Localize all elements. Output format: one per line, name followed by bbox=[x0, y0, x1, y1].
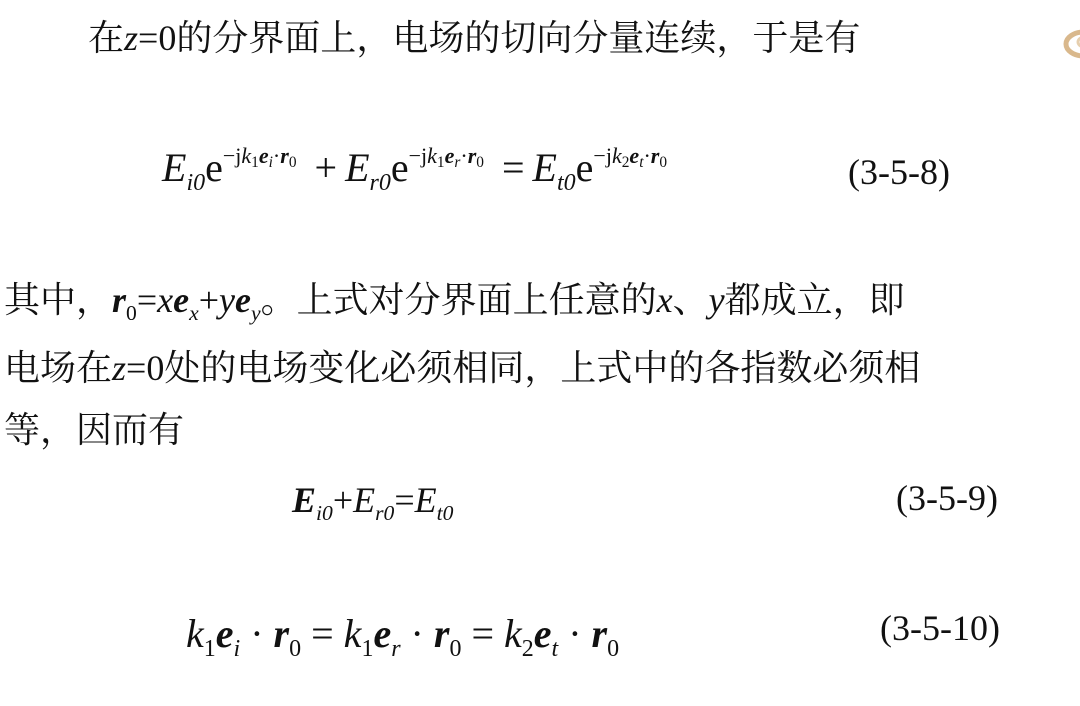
intro-text: 在z=0的分界面上，电场的切向分量连续，于是有 bbox=[88, 16, 860, 60]
paragraph-line-1: 其中，r0=xex+yey。上式对分界面上任意的x、y都成立，即 bbox=[4, 278, 905, 322]
eq1-sub-t0: t0 bbox=[557, 170, 576, 196]
eq1-exponent-3: −jk2et·r0 bbox=[593, 143, 667, 168]
eq1-exp-base-3: e bbox=[576, 145, 594, 190]
decorative-ornament-icon bbox=[1058, 0, 1080, 64]
intro-post: =0的分界面上，电场的切向分量连续，于是有 bbox=[138, 18, 860, 58]
equation-tag-3-5-10: (3-5-10) bbox=[880, 606, 1000, 650]
equation-tag-3-5-8: (3-5-8) bbox=[848, 150, 950, 194]
eq1-exp-base-2: e bbox=[391, 145, 409, 190]
eq1-E-t: E bbox=[533, 145, 557, 190]
equation-tag-3-5-9: (3-5-9) bbox=[896, 476, 998, 520]
eq1-exponent-2: −jk1er·r0 bbox=[409, 143, 484, 168]
eq1-sub-r0: r0 bbox=[370, 170, 391, 196]
equation-3-5-10: k1ei · r0 = k1er · r0 = k2et · r0 bbox=[186, 610, 619, 658]
intro-var-z: z bbox=[124, 18, 138, 58]
equation-3-5-8: Ei0e−jk1ei·r0 +Er0e−jk1er·r0 =Et0e−jk2et… bbox=[162, 132, 667, 192]
intro-pre: 在 bbox=[88, 18, 124, 58]
eq1-E-i: E bbox=[162, 145, 186, 190]
equation-3-5-9: Ei0+Er0=Et0 bbox=[292, 478, 453, 522]
paragraph-line-3: 等，因而有 bbox=[4, 408, 184, 452]
eq1-sub-i0: i0 bbox=[186, 170, 205, 196]
eq1-E-r: E bbox=[345, 145, 369, 190]
eq1-exponent-1: −jk1ei·r0 bbox=[223, 143, 297, 168]
eq1-exp-base: e bbox=[205, 145, 223, 190]
eq1-equals: = bbox=[502, 145, 525, 190]
paragraph-line-2: 电场在z=0处的电场变化必须相同，上式中的各指数必须相 bbox=[4, 346, 920, 390]
eq1-plus: + bbox=[315, 145, 338, 190]
